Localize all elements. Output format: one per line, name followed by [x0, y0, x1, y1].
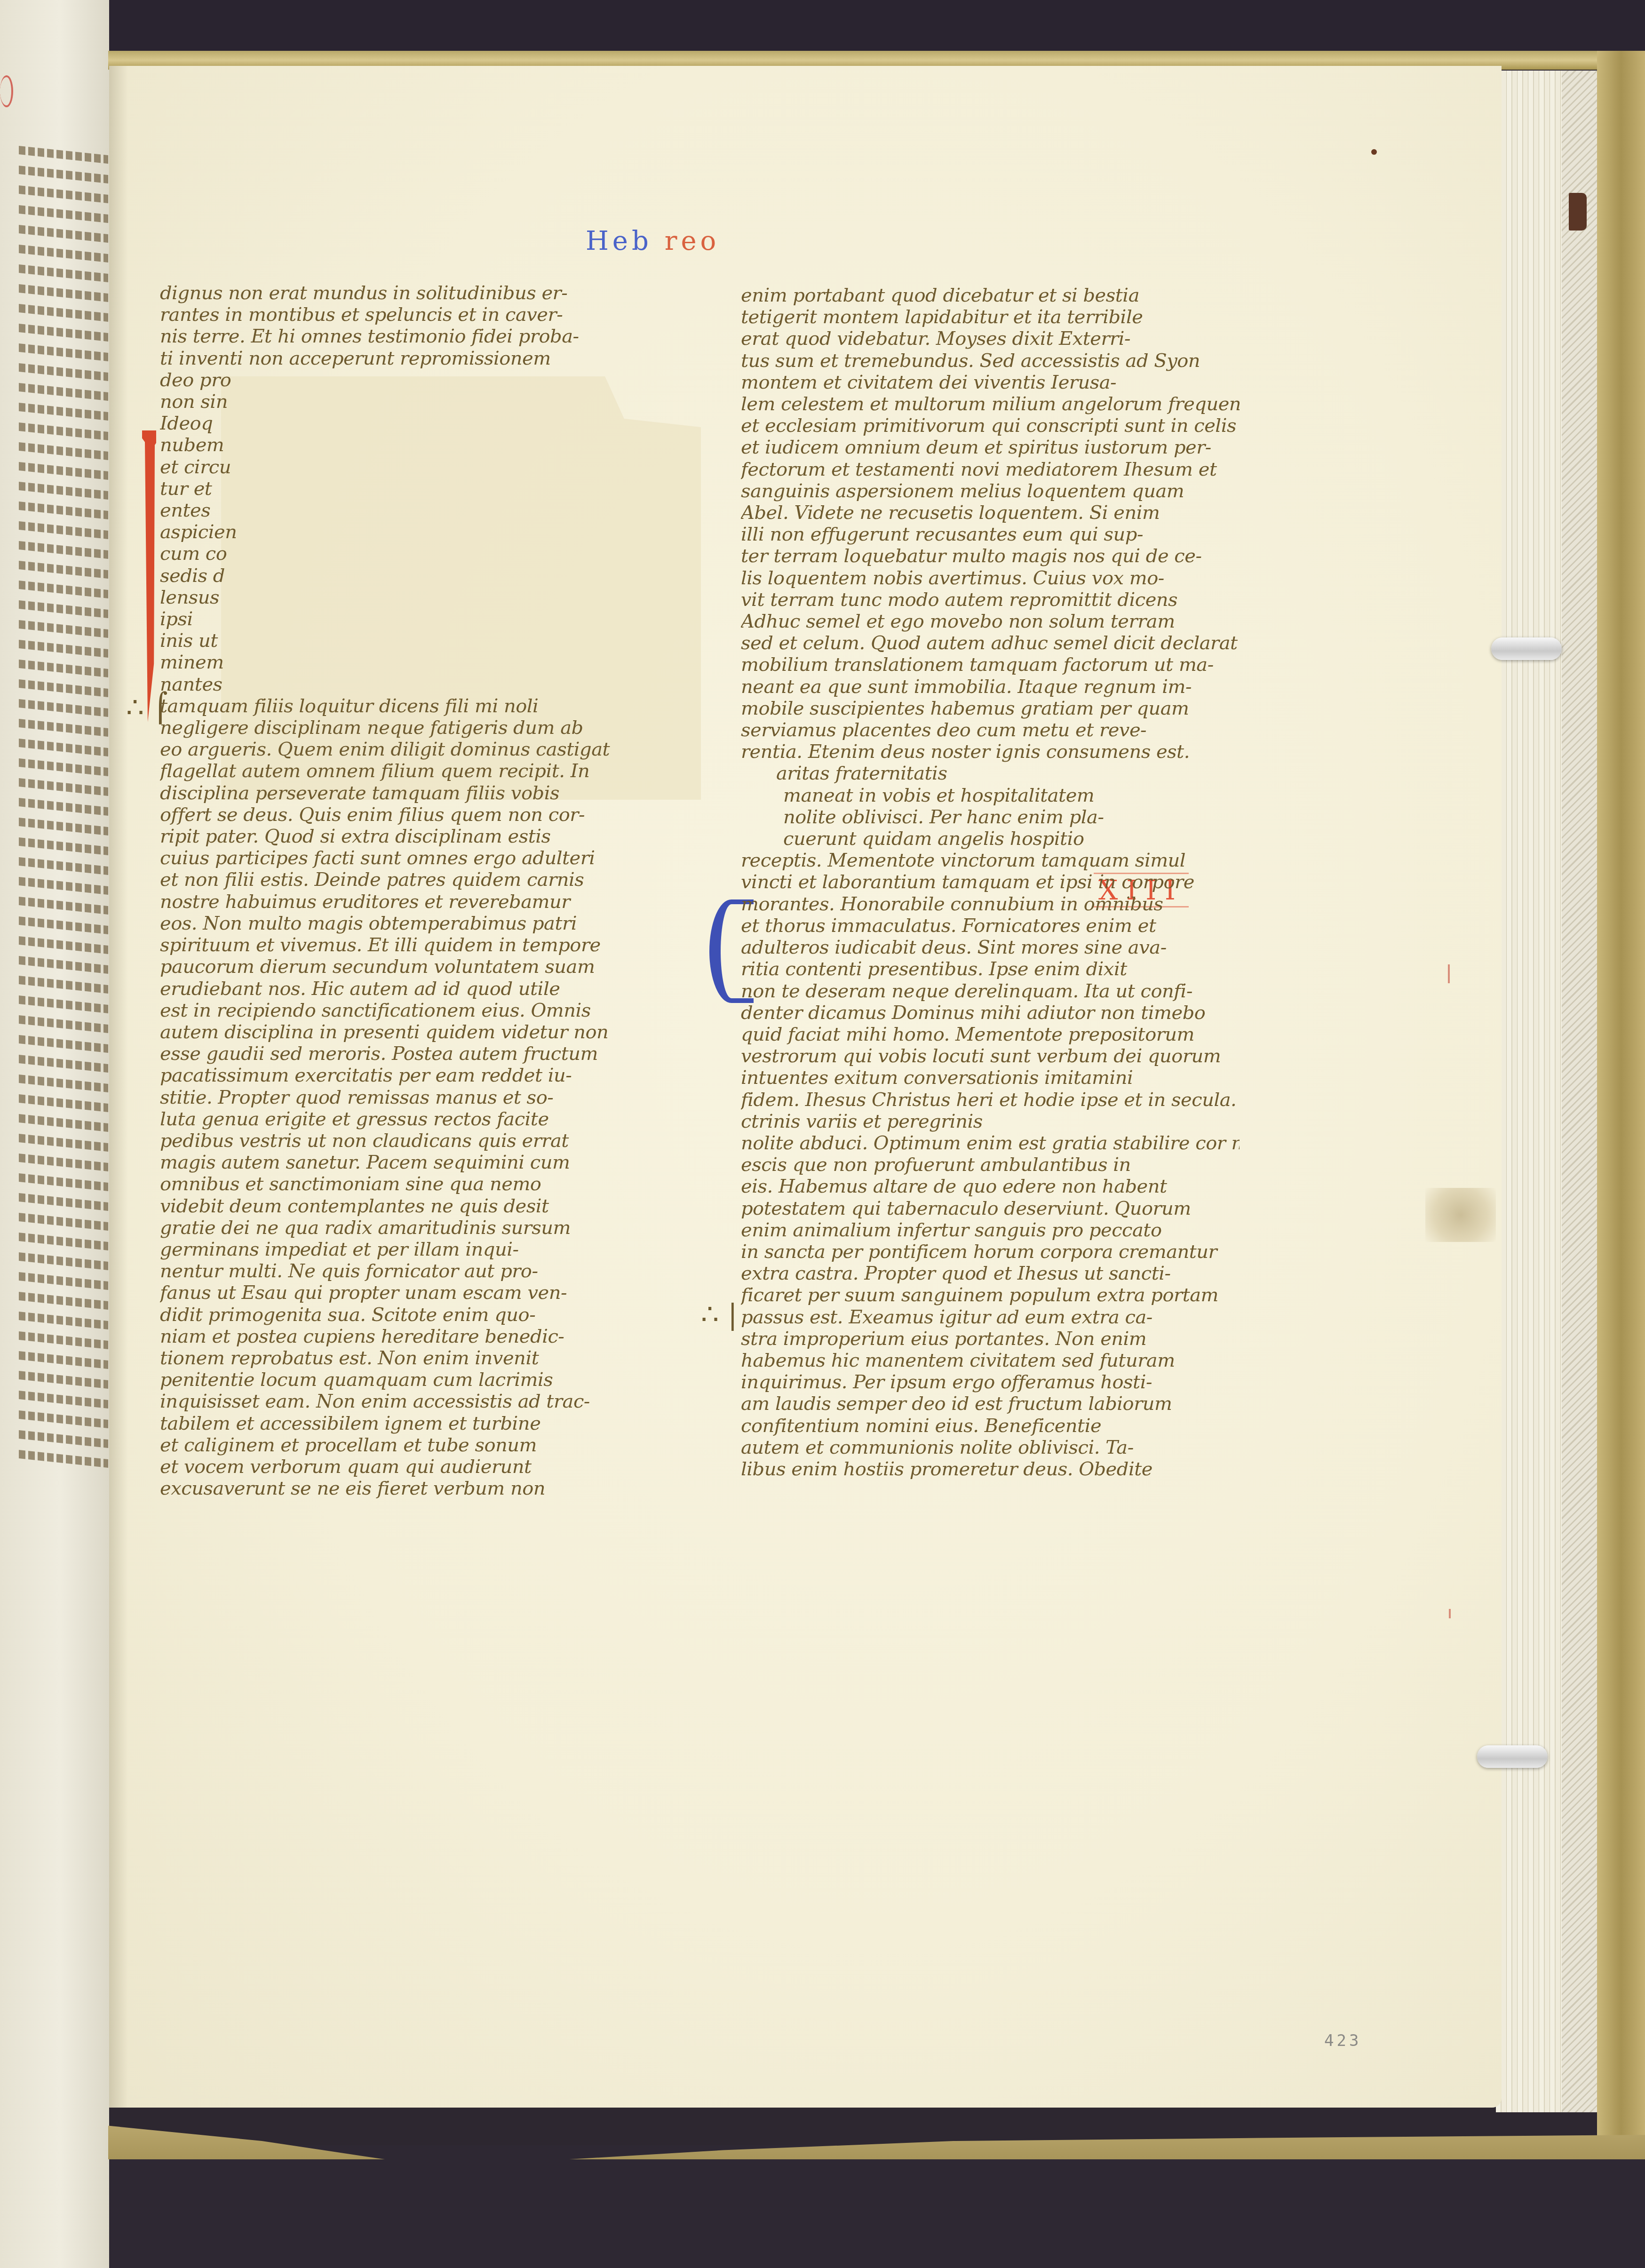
- text-line: morantes. Honorabile connubium in omnibu…: [741, 893, 1240, 915]
- text-line: lensus: [160, 587, 249, 608]
- text-line: tionem reprobatus est. Non enim invenit: [160, 1347, 640, 1369]
- text-line: nantes: [160, 674, 249, 695]
- text-line: inis ut: [160, 630, 249, 652]
- text-line: magis autem sanetur. Pacem sequimini cum: [160, 1152, 640, 1173]
- text-line: esse gaudii sed meroris. Postea autem fr…: [160, 1043, 640, 1065]
- text-line: erudiebant nos. Hic autem ad id quod uti…: [160, 978, 640, 1000]
- text-line: sanguinis aspersionem melius loquentem q…: [741, 480, 1240, 502]
- text-line: nolite abduci. Optimum enim est gratia s…: [741, 1132, 1240, 1154]
- text-line: Ideoq: [160, 413, 249, 434]
- text-line: ctrinis variis et peregrinis: [741, 1111, 1240, 1132]
- text-line: ipsi: [160, 608, 249, 630]
- running-header: Heb reo: [586, 226, 720, 256]
- text-line: et non filii estis. Deinde patres quidem…: [160, 869, 640, 891]
- gutter-shadow: [109, 66, 128, 2108]
- text-line: deo pro: [160, 369, 249, 391]
- text-line: lem celestem et multorum milium angeloru…: [741, 393, 1240, 415]
- text-line: luta genua erigite et gressus rectos fac…: [160, 1108, 640, 1130]
- text-line: spirituum et vivemus. Et illi quidem in …: [160, 934, 640, 956]
- text-line: minem: [160, 652, 249, 673]
- facing-page-text: [19, 151, 108, 1474]
- text-line: penitentie locum quamquam cum lacrimis: [160, 1369, 640, 1391]
- text-line: germinans impediat et per illam inqui-: [160, 1239, 640, 1260]
- text-line: in sancta per pontificem horum corpora c…: [741, 1241, 1240, 1263]
- text-line: et circu: [160, 456, 249, 478]
- text-line: cum co: [160, 543, 249, 565]
- text-line: vit terram tunc modo autem repromittit d…: [741, 589, 1240, 611]
- binding-cloth-edge: [1562, 71, 1597, 2112]
- text-line: didit primogenita sua. Scitote enim quo-: [160, 1304, 640, 1326]
- text-line: mobilium translationem tamquam factorum …: [741, 654, 1240, 676]
- text-line: fanus ut Esau qui propter unam escam ven…: [160, 1282, 640, 1304]
- text-line: stra improperium eius portantes. Non eni…: [741, 1328, 1240, 1350]
- text-line: videbit deum contemplantes ne quis desit: [160, 1195, 640, 1217]
- text-line: tus sum et tremebundus. Sed accessistis …: [741, 350, 1240, 372]
- text-line: potestatem qui tabernaculo deserviunt. Q…: [741, 1198, 1240, 1219]
- text-line: pedibus vestris ut non claudicans quis e…: [160, 1130, 640, 1152]
- text-line: lis loquentem nobis avertimus. Cuius vox…: [741, 567, 1240, 589]
- text-line: et vocem verborum quam qui audierunt: [160, 1456, 640, 1478]
- text-line: sed et celum. Quod autem adhuc semel dic…: [741, 632, 1240, 654]
- text-line: denter dicamus Dominus mihi adiutor non …: [741, 1002, 1240, 1024]
- text-line: intuentes exitum conversationis imitamin…: [741, 1067, 1240, 1089]
- margin-red-tick: [1448, 964, 1450, 983]
- text-line: nentur multi. Ne quis fornicator aut pro…: [160, 1260, 640, 1282]
- text-line: ripit pater. Quod si extra disciplinam e…: [160, 826, 640, 847]
- text-line: quid faciat mihi homo. Mementote preposi…: [741, 1024, 1240, 1045]
- facing-page-verso: [0, 0, 109, 2268]
- folio-number: 423: [1324, 2031, 1361, 2050]
- text-line: ficaret per suum sanguinem populum extra…: [741, 1284, 1240, 1306]
- text-line: vincti et laborantium tamquam et ipsi in…: [741, 871, 1240, 893]
- text-line: fectorum et testamenti novi mediatorem I…: [741, 459, 1240, 480]
- text-line: ti inventi non acceperunt repromissionem: [160, 348, 640, 369]
- text-line: receptis. Mementote vinctorum tamquam si…: [741, 850, 1240, 871]
- text-line: nis terre. Et hi omnes testimonio fidei …: [160, 326, 640, 347]
- text-line: excusaverunt se ne eis fieret verbum non: [160, 1478, 640, 1499]
- text-line: paucorum dierum secundum voluntatem suam: [160, 956, 640, 978]
- page-clip-upper: [1491, 637, 1562, 660]
- running-header-part-2: reo: [665, 226, 720, 256]
- text-line: enim portabant quod dicebatur et si best…: [741, 285, 1240, 306]
- text-line: cuerunt quidam angelis hospitio: [741, 828, 1240, 850]
- text-line: Adhuc semel et ego movebo non solum terr…: [741, 611, 1240, 632]
- text-line: serviamus placentes deo cum metu et reve…: [741, 719, 1240, 741]
- text-line: am laudis semper deo id est fructum labi…: [741, 1393, 1240, 1415]
- text-line: eis. Habemus altare de quo edere non hab…: [741, 1176, 1240, 1197]
- page-clip-lower: [1477, 1745, 1548, 1768]
- text-line: nubem: [160, 434, 249, 456]
- text-line: sedis d: [160, 565, 249, 587]
- text-line: stitie. Propter quod remissas manus et s…: [160, 1087, 640, 1108]
- text-line: adulteros iudicabit deus. Sint mores sin…: [741, 937, 1240, 958]
- text-line: eos. Non multo magis obtemperabimus patr…: [160, 913, 640, 934]
- text-line: et thorus immaculatus. Fornicatores enim…: [741, 915, 1240, 937]
- text-line: aspicien: [160, 521, 249, 543]
- text-line: tetigerit montem lapidabitur et ita terr…: [741, 306, 1240, 328]
- text-line: dignus non erat mundus in solitudinibus …: [160, 282, 640, 304]
- text-column-right: enim portabant quod dicebatur et si best…: [741, 285, 1240, 1480]
- text-line: entes: [160, 500, 249, 521]
- text-line: et caliginem et procellam et tube sonum: [160, 1434, 640, 1456]
- text-line: pacatissimum exercitatis per eam reddet …: [160, 1065, 640, 1086]
- text-line: rantes in montibus et speluncis et in ca…: [160, 304, 640, 326]
- text-line: escis que non profuerunt ambulantibus in: [741, 1154, 1240, 1176]
- text-line: vestrorum qui vobis locuti sunt verbum d…: [741, 1045, 1240, 1067]
- text-line: inquirimus. Per ipsum ergo offeramus hos…: [741, 1371, 1240, 1393]
- text-line: ter terram loquebatur multo magis nos qu…: [741, 545, 1240, 567]
- text-line: negligere disciplinam neque fatigeris du…: [160, 717, 640, 739]
- text-line: extra castra. Propter quod et Ihesus ut …: [741, 1263, 1240, 1284]
- text-line: ritia contenti presentibus. Ipse enim di…: [741, 958, 1240, 980]
- text-line: tabilem et accessibilem ignem et turbine: [160, 1413, 640, 1434]
- text-line: maneat in vobis et hospitalitatem: [741, 785, 1240, 806]
- text-line: est in recipiendo sanctificationem eius.…: [160, 1000, 640, 1021]
- text-line: et ecclesiam primitivorum qui conscripti…: [741, 415, 1240, 437]
- text-line: tamquam filiis loquitur dicens fili mi n…: [160, 695, 640, 717]
- text-line: rentia. Etenim deus noster ignis consume…: [741, 741, 1240, 763]
- text-line: autem et communionis nolite oblivisci. T…: [741, 1437, 1240, 1458]
- text-line: tur et: [160, 478, 249, 500]
- text-line: inquisisset eam. Non enim accessistis ad…: [160, 1391, 640, 1412]
- text-line: Abel. Videte ne recusetis loquentem. Si …: [741, 502, 1240, 524]
- text-line: habemus hic manentem civitatem sed futur…: [741, 1350, 1240, 1371]
- text-line: libus enim hostiis promeretur deus. Obed…: [741, 1458, 1240, 1480]
- text-column-left: dignus non erat mundus in solitudinibus …: [160, 282, 640, 1499]
- text-line: non sin: [160, 391, 249, 413]
- text-line: eo argueris. Quem enim diligit dominus c…: [160, 739, 640, 760]
- text-line: erat quod videbatur. Moyses dixit Exterr…: [741, 328, 1240, 350]
- background-cloth-bottom: [108, 2145, 1645, 2268]
- margin-paragraph-mark-right: ∴ |: [701, 1298, 737, 1331]
- text-line: enim animalium infertur sanguis pro pecc…: [741, 1219, 1240, 1241]
- margin-red-tick: [1449, 1609, 1451, 1618]
- text-line: et iudicem omnium deum et spiritus iusto…: [741, 437, 1240, 458]
- ink-spot: [1371, 149, 1377, 155]
- parchment-stain: [1425, 1188, 1496, 1242]
- text-line: neant ea que sunt immobilia. Itaque regn…: [741, 676, 1240, 698]
- text-line: aritas fraternitatis: [741, 763, 1240, 784]
- text-line: autem disciplina in presenti quidem vide…: [160, 1021, 640, 1043]
- text-line: offert se deus. Quis enim filius quem no…: [160, 804, 640, 826]
- text-line: fidem. Ihesus Christus heri et hodie ips…: [741, 1089, 1240, 1111]
- rubric-letter-o: [0, 75, 13, 107]
- text-line: non te deseram neque derelinquam. Ita ut…: [741, 980, 1240, 1002]
- text-line: montem et civitatem dei viventis Ierusa-: [741, 372, 1240, 393]
- text-line: flagellat autem omnem filium quem recipi…: [160, 760, 640, 782]
- text-line: illi non effugerunt recusantes eum qui s…: [741, 524, 1240, 545]
- text-line: niam et postea cupiens hereditare benedi…: [160, 1326, 640, 1347]
- text-line: gratie dei ne qua radix amaritudinis sur…: [160, 1217, 640, 1239]
- text-line: passus est. Exeamus igitur ad eum extra …: [741, 1306, 1240, 1328]
- metal-clasp: [1569, 193, 1587, 231]
- text-line: cuius participes facti sunt omnes ergo a…: [160, 847, 640, 869]
- text-line: disciplina perseverate tamquam filiis vo…: [160, 782, 640, 804]
- text-line: confitentium nomini eius. Beneficentie: [741, 1415, 1240, 1437]
- running-header-part-1: Heb: [586, 226, 652, 256]
- binding-board-right: [1597, 51, 1645, 2158]
- text-line: mobile suscipientes habemus gratiam per …: [741, 698, 1240, 719]
- background-cloth-top: [108, 0, 1645, 54]
- text-line: nolite oblivisci. Per hanc enim pla-: [741, 806, 1240, 828]
- text-line: omnibus et sanctimoniam sine qua nemo: [160, 1173, 640, 1195]
- text-line: nostre habuimus eruditores et reverebamu…: [160, 891, 640, 913]
